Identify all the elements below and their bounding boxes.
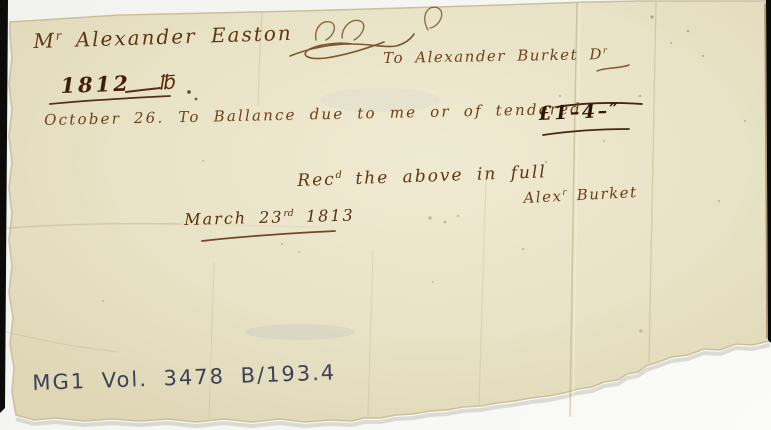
debtor-abbreviation: D [589,45,603,63]
year-line: 1812 [60,71,131,98]
debtor-abbreviation-superscript: r [603,46,607,56]
signature-given-name: Alex [523,187,563,207]
frame-left [0,0,8,413]
signature-surname: Burket [566,183,638,205]
addressee-title: M [33,28,56,53]
dateline-day: March 23 [184,207,284,229]
entry-amount: £1–4–″ [538,99,621,125]
pound-weight-mark: ℔ [157,70,175,95]
dateline-year: 1813 [294,206,355,227]
dateline-ordinal-superscript: rd [283,208,294,219]
received-word: Rec [297,170,336,191]
scanned-receipt-image: Mr Alexander Easton To Alexander Burket … [0,0,771,430]
entry-date: October 26. [44,108,165,129]
charge-to-text: To Alexander Burket [383,45,590,67]
